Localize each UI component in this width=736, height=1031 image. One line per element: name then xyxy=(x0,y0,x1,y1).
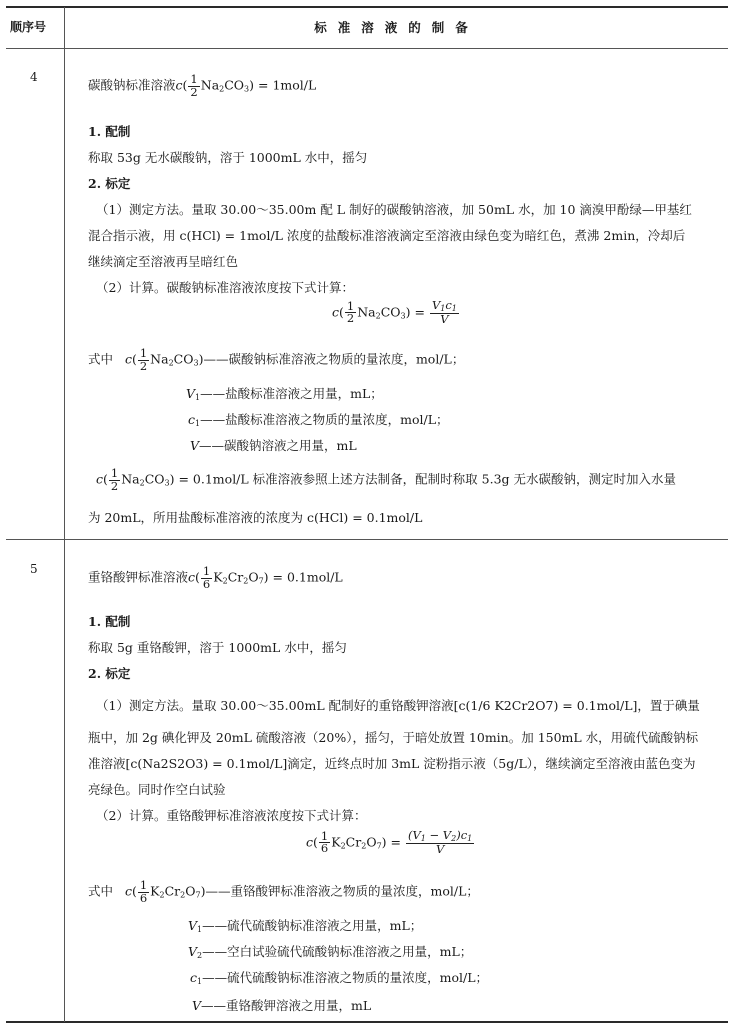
definition-line: V——碳酸钠溶液之用量，mL xyxy=(190,436,357,454)
where-line: 式中 c(16K2Cr2O7)——重铬酸钾标准溶液之物质的量浓度，mol/L； xyxy=(88,880,479,904)
where-label: 式中 xyxy=(88,352,113,367)
definition-line: V1——盐酸标准溶液之用量，mL； xyxy=(186,384,383,402)
calc-intro: （2）计算。重铬酸钾标准溶液浓度按下式计算： xyxy=(96,806,366,824)
method-line: （1）测定方法。量取 30.00～35.00mL 配制好的重铬酸钾溶液[c(1/… xyxy=(96,696,700,714)
section-calibrate-label: 2. 标定 xyxy=(88,664,130,682)
table-bottom-rule xyxy=(6,1021,728,1023)
title-text: 碳酸钠标准溶液 xyxy=(88,78,176,93)
column-divider xyxy=(64,7,65,1022)
note-line: 为 20mL，所用盐酸标准溶液的浓度为 c(HCl) = 0.1mol/L xyxy=(88,508,422,526)
header-title: 标准溶液的制备 xyxy=(65,18,728,36)
equation: c(12Na2CO3) = V1c1V xyxy=(332,300,460,326)
section-calibrate-label: 2. 标定 xyxy=(88,174,130,192)
definition-line: V2——空白试验硫代硫酸钠标准溶液之用量，mL； xyxy=(188,942,472,960)
method-line: 亮绿色。同时作空白试验 xyxy=(88,780,226,798)
calc-intro: （2）计算。碳酸钠标准溶液浓度按下式计算： xyxy=(96,278,354,296)
row-number: 5 xyxy=(30,562,38,576)
method-line: 继续滴定至溶液再呈暗红色 xyxy=(88,252,238,270)
note-line: c(12Na2CO3) = 0.1mol/L 标准溶液参照上述方法制备，配制时称… xyxy=(96,468,676,492)
method-line: 准溶液[c(Na2S2O3) = 0.1mol/L]滴定，近终点时加 3mL 淀… xyxy=(88,754,696,772)
where-label: 式中 xyxy=(88,884,113,899)
definition-line: c1——硫代硫酸钠标准溶液之物质的量浓度，mol/L； xyxy=(190,968,488,986)
definition-text: ——碳酸钠标准溶液之物质的量浓度，mol/L； xyxy=(203,352,464,367)
fraction: 12 xyxy=(188,74,199,98)
method-line: 瓶中，加 2g 碘化钾及 20mL 硫酸溶液（20%），摇匀，于暗处放置 10m… xyxy=(88,728,698,746)
equation: c(16K2Cr2O7) = (V1 − V2)c1V xyxy=(306,830,475,856)
header-bottom-rule xyxy=(6,48,728,49)
definition-text: ——重铬酸钾标准溶液之物质的量浓度，mol/L； xyxy=(205,884,478,899)
prep-text: 称取 53g 无水碳酸钠，溶于 1000mL 水中，摇匀 xyxy=(88,148,367,166)
row-title: 碳酸钠标准溶液c(12Na2CO3) = 1mol/L xyxy=(88,74,316,98)
definition-line: V——重铬酸钾溶液之用量，mL xyxy=(192,996,371,1014)
where-line: 式中 c(12Na2CO3)——碳酸钠标准溶液之物质的量浓度，mol/L； xyxy=(88,348,464,372)
method-line: （1）测定方法。量取 30.00～35.00m 配 L 制好的碳酸钠溶液，加 5… xyxy=(96,200,692,218)
table-top-rule xyxy=(6,6,728,8)
section-prep-label: 1. 配制 xyxy=(88,612,130,630)
section-prep-label: 1. 配制 xyxy=(88,122,130,140)
method-line: 混合指示液，用 c(HCl) = 1mol/L 浓度的盐酸标准溶液滴定至溶液由绿… xyxy=(88,226,685,244)
definition-line: V1——硫代硫酸钠标准溶液之用量，mL； xyxy=(188,916,422,934)
row-divider xyxy=(6,539,728,540)
row-number: 4 xyxy=(30,70,38,84)
title-c: c xyxy=(176,78,183,93)
header-sequence-number: 顺序号 xyxy=(10,18,62,35)
row-title: 重铬酸钾标准溶液c(16K2Cr2O7) = 0.1mol/L xyxy=(88,566,343,590)
title-text: 重铬酸钾标准溶液 xyxy=(88,570,188,585)
definition-line: c1——盐酸标准溶液之物质的量浓度，mol/L； xyxy=(188,410,449,428)
prep-text: 称取 5g 重铬酸钾，溶于 1000mL 水中，摇匀 xyxy=(88,638,347,656)
